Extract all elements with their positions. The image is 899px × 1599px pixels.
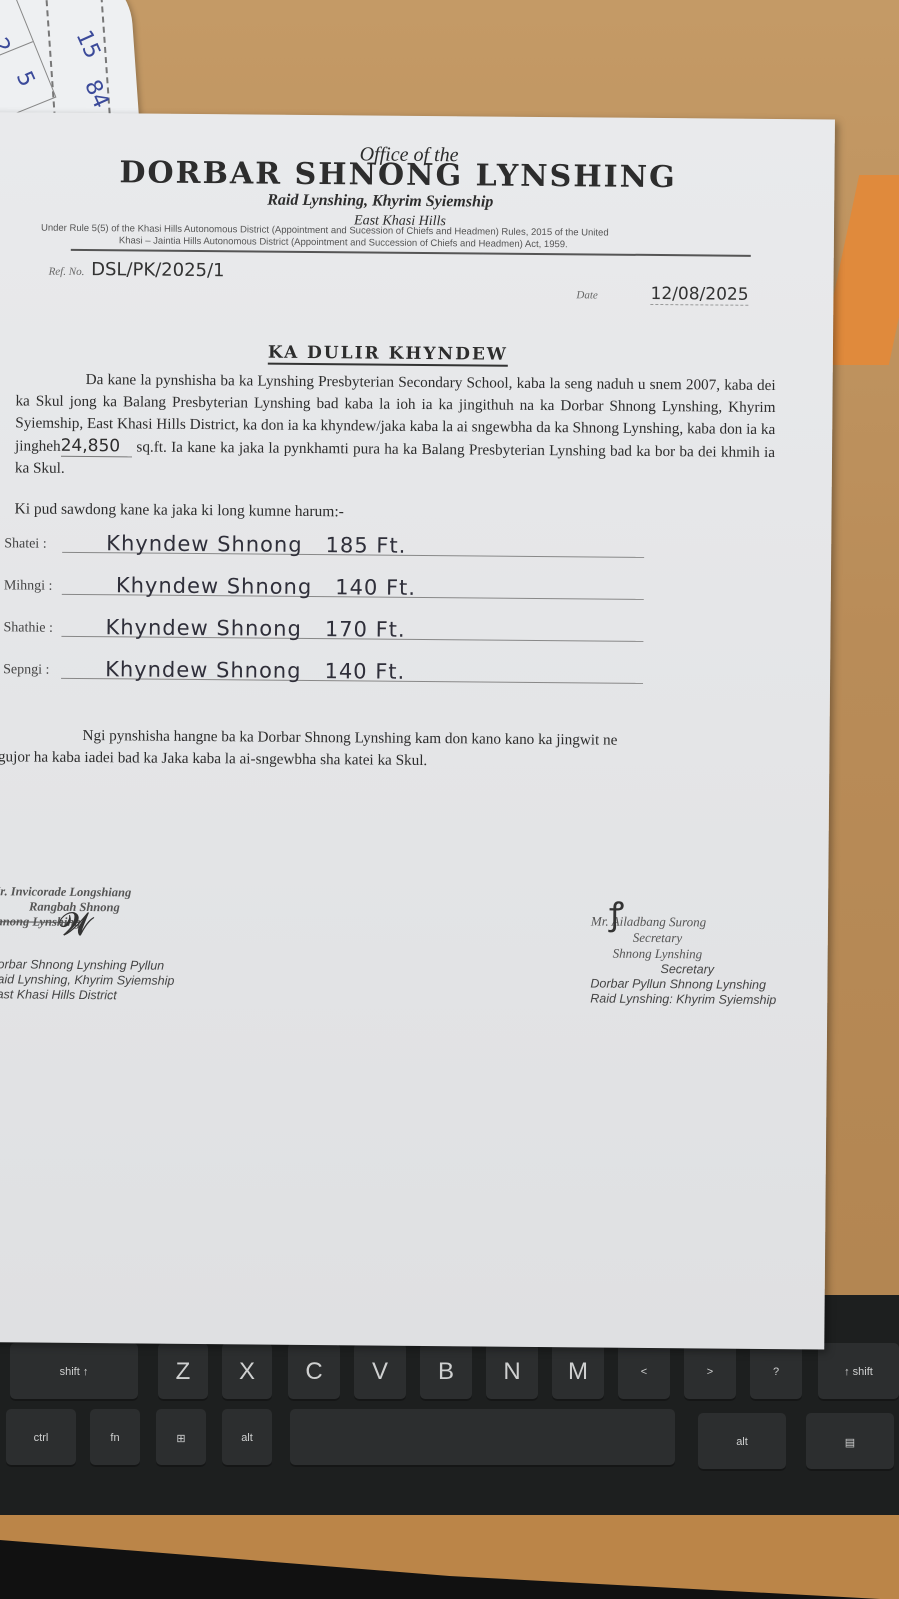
boundary-value: Khyndew Shnong 140 Ft. [105, 657, 405, 684]
key-v[interactable]: V [354, 1343, 406, 1401]
boundary-row-east: Mihngi : Khyndew Shnong 140 Ft. [4, 566, 644, 606]
stamp-line: Dorbar Pyllun Shnong Lynshing [590, 976, 776, 993]
boundary-value: Khyndew Shnong 170 Ft. [105, 615, 405, 642]
boundary-value: Khyndew Shnong 185 Ft. [106, 531, 406, 558]
stamp-line: Raid Lynshing, Khyrim Syiemship [0, 972, 174, 989]
key-comma[interactable]: < [618, 1343, 670, 1401]
document-date: Date 12/08/2025 [576, 283, 748, 305]
body-paragraph-1: Da kane la pynshisha ba ka Lynshing Pres… [15, 368, 776, 486]
boundary-value: Khyndew Shnong 140 Ft. [116, 573, 416, 600]
ref-value: DSL/PK/2025/1 [91, 259, 225, 281]
document-title: KA DULIR KHYNDEW [268, 343, 508, 367]
stamp-line: Secretary [590, 961, 776, 978]
key-windows[interactable]: ⊞ [156, 1409, 206, 1467]
date-value: 12/08/2025 [650, 284, 748, 306]
key-m[interactable]: M [552, 1343, 604, 1401]
key-fn[interactable]: fn [90, 1409, 140, 1467]
key-slash[interactable]: ? [750, 1343, 802, 1401]
boundary-label: Mihngi : [4, 578, 53, 594]
signatory-left: Mr. Invicorade Longshiang Rangbah Shnong… [0, 884, 175, 1004]
signatory-org: Shnong Lynshing [591, 945, 777, 963]
organization-name: DORBAR SHNONG LYNSHING [119, 155, 677, 195]
stamp-line: East Khasi Hills District [0, 987, 174, 1004]
boundary-row-south: Shathie : Khyndew Shnong 170 Ft. [3, 608, 643, 648]
letter-document: Office of the DORBAR SHNONG LYNSHING Rai… [0, 112, 835, 1350]
area-value: 24,850 [61, 436, 133, 458]
key-spacebar[interactable] [290, 1409, 675, 1467]
key-c[interactable]: C [288, 1343, 340, 1401]
key-period[interactable]: > [684, 1343, 736, 1401]
body-paragraph-2: Ngi pynshisha hangne ba ka Dorbar Shnong… [0, 724, 771, 775]
stamp-line: Raid Lynshing: Khyrim Syiemship [590, 991, 776, 1008]
boundary-label: Shathie : [3, 620, 53, 636]
boundary-row-west: Sepngi : Khyndew Shnong 140 Ft. [3, 650, 643, 690]
stamp-line: Dorbar Shnong Lynshing Pyllun [0, 957, 175, 974]
key-x[interactable]: X [222, 1343, 272, 1401]
header-divider [71, 249, 751, 257]
boundary-label: Sepngi : [3, 662, 49, 678]
ref-label: Ref. No. [49, 266, 85, 278]
date-label: Date [576, 289, 597, 301]
organization-location: Raid Lynshing, Khyrim Syiemship [267, 192, 493, 212]
boundary-row-north: Shatei : Khyndew Shnong 185 Ft. [4, 524, 644, 564]
boundaries-intro: Ki pud sawdong kane ka jaka ki long kumn… [14, 500, 343, 521]
key-ctrl[interactable]: ctrl [6, 1409, 76, 1467]
signature-scribble: 𝓦 [59, 905, 93, 944]
reference-number: Ref. No. DSL/PK/2025/1 [49, 259, 225, 282]
key-b[interactable]: B [420, 1343, 472, 1401]
signature-scribble: ꝭ [609, 892, 625, 935]
signatory-right: Mr. Ailadbang Surong Secretary Shnong Ly… [590, 913, 777, 1008]
key-shift-left[interactable]: shift ↑ [10, 1343, 138, 1401]
signatory-name: Mr. Invicorade Longshiang [0, 884, 175, 901]
handwritten-number: 15 [71, 27, 105, 63]
key-menu[interactable]: ▤ [806, 1413, 894, 1471]
key-alt-left[interactable]: alt [222, 1409, 272, 1467]
key-shift-right[interactable]: ↑ shift [818, 1343, 899, 1401]
key-z[interactable]: Z [158, 1343, 208, 1401]
key-n[interactable]: N [486, 1343, 538, 1401]
key-alt-right[interactable]: alt [698, 1413, 786, 1471]
boundary-label: Shatei : [4, 536, 47, 552]
